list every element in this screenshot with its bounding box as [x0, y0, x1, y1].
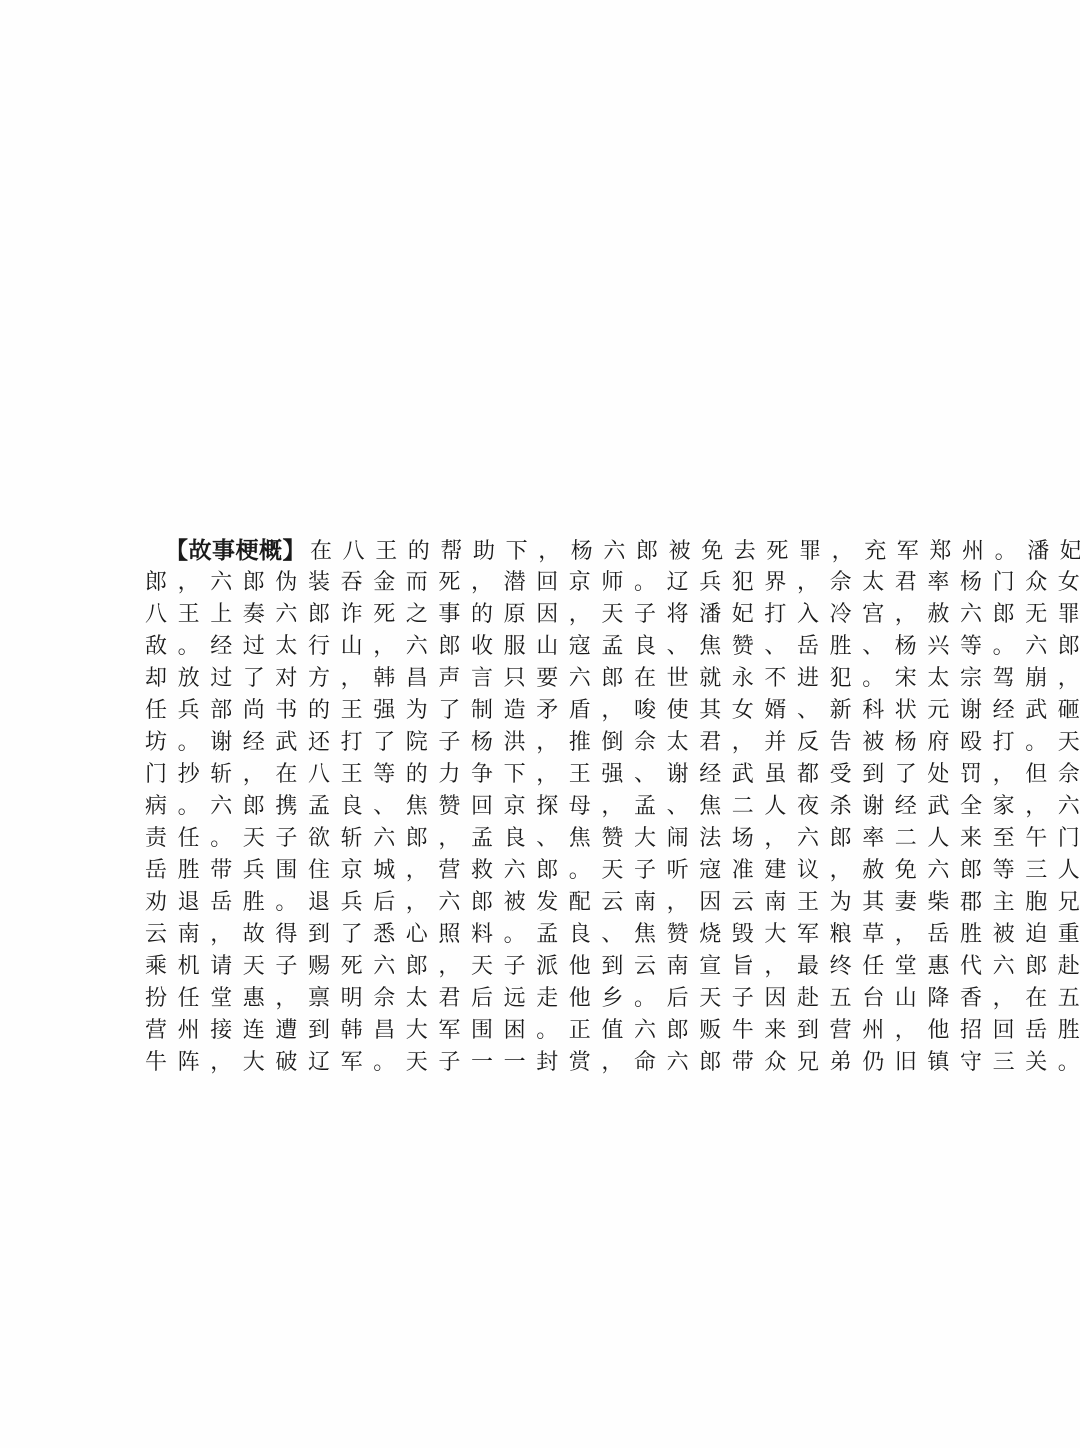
paragraph-line: 门抄斩，在八王等的力争下，王强、谢经武虽都受到了处罚，但佘太君也因此得 — [145, 759, 945, 791]
paragraph-line: 敌。经过太行山，六郎收服山寇孟良、焦赞、岳胜、杨兴等。六郎战败敌帅韩昌， — [145, 631, 945, 663]
paragraph-line: 乘机请天子赐死六郎，天子派他到云南宣旨，最终任堂惠代六郎赴死，六郎则假 — [145, 951, 945, 983]
paragraph-line: 劝退岳胜。退兵后，六郎被发配云南，因云南王为其妻柴郡主胞兄，任堂惠亦在 — [145, 887, 945, 919]
section-heading: 【故事梗概】 — [165, 538, 306, 564]
paragraph-line: 八王上奏六郎诈死之事的原因，天子将潘妃打入冷宫，赦六郎无罪，让其挂帅退 — [145, 599, 945, 631]
paragraph-line: 营州接连遭到韩昌大军围困。正值六郎贩牛来到营州，他招回岳胜等人，摆下牤 — [145, 1015, 945, 1047]
paragraph-line: 却放过了对方，韩昌声言只要六郎在世就永不进犯。宋太宗驾崩，真宗即位。已 — [145, 663, 945, 695]
paragraph-line: 牛阵，大破辽军。天子一一封赏，命六郎带众兄弟仍旧镇守三关。 — [145, 1047, 945, 1079]
paragraph-line: 郎，六郎伪装吞金而死，潜回京师。辽兵犯界，佘太君率杨门众女眷驰援边关。 — [145, 567, 945, 599]
paragraph-line: 岳胜带兵围住京城，营救六郎。天子听寇准建议，赦免六郎等三人死罪，令六郎 — [145, 855, 945, 887]
paragraph-line: 责任。天子欲斩六郎，孟良、焦赞大闹法场，六郎率二人来至午门，等候发落。 — [145, 823, 945, 855]
paragraph-line: 任兵部尚书的王强为了制造矛盾，唆使其女婿、新科状元谢经武砸坏杨府下马牌 — [145, 695, 945, 727]
story-summary-paragraph: 【故事梗概】在八王的帮助下，杨六郎被免去死罪，充军郑州。潘妃欲暗害六 郎，六郎伪… — [145, 535, 945, 1079]
paragraph-line: 云南，故得到了悉心照料。孟良、焦赞烧毁大军粮草，岳胜被迫重新落草。王强 — [145, 919, 945, 951]
paragraph-line: 【故事梗概】在八王的帮助下，杨六郎被免去死罪，充军郑州。潘妃欲暗害六 — [145, 535, 945, 567]
document-page: 【故事梗概】在八王的帮助下，杨六郎被免去死罪，充军郑州。潘妃欲暗害六 郎，六郎伪… — [0, 0, 1080, 1448]
paragraph-line: 坊。谢经武还打了院子杨洪，推倒佘太君，并反告被杨府殴打。天子欲将杨家满 — [145, 727, 945, 759]
paragraph-line: 病。六郎携孟良、焦赞回京探母，孟、焦二人夜杀谢经武全家，六郎独自承担了 — [145, 791, 945, 823]
paragraph-line: 扮任堂惠，禀明佘太君后远走他乡。后天子因赴五台山降香，在五台山、雄关、 — [145, 983, 945, 1015]
line-text: 在八王的帮助下，杨六郎被免去死罪，充军郑州。潘妃欲暗害六 — [310, 539, 1080, 564]
